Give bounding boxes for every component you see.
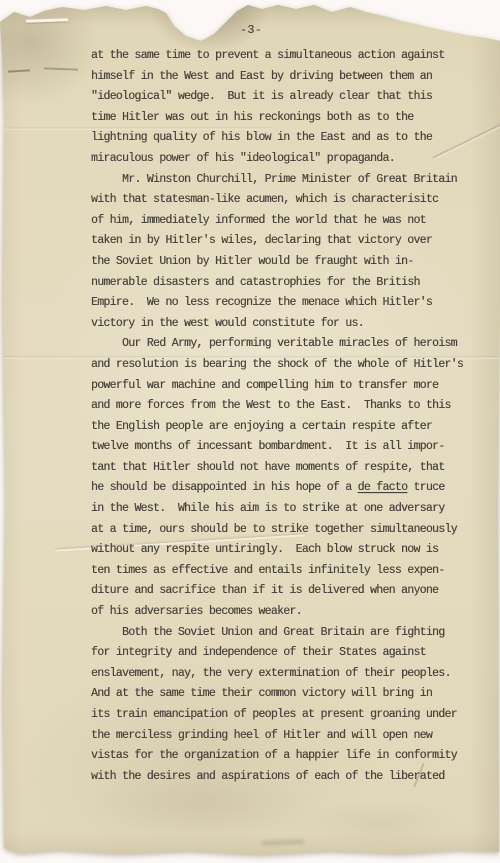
text-line: numerable disasters and catastrophies fo… <box>91 273 471 294</box>
text-line: at a time, ours should be to strike toge… <box>91 520 471 541</box>
text-line: powerful war machine and compelling him … <box>91 376 471 397</box>
text-line: with the desires and aspirations of each… <box>91 767 471 788</box>
text-line: its train emancipation of peoples at pre… <box>91 705 471 726</box>
pencil-mark <box>8 69 30 72</box>
text-line: Mr. Winston Churchill, Prime Minister of… <box>91 170 471 191</box>
torn-edge-shading <box>0 0 500 26</box>
right-edge-shading <box>470 0 500 863</box>
text-line: the merciless grinding heel of Hitler an… <box>91 726 471 747</box>
paper-shadow-wrap: -3- at the same time to prevent a simult… <box>0 0 500 863</box>
text-line: he should be disappointed in his hope of… <box>91 478 471 499</box>
text-line: ten times as effective and entails infin… <box>91 561 471 582</box>
text-line: tant that Hitler should not have moments… <box>91 458 471 479</box>
text-line: Both the Soviet Union and Great Britain … <box>91 623 471 644</box>
text-line: lightning quality of his blow in the Eas… <box>91 128 471 149</box>
text-line: and more forces from the West to the Eas… <box>91 396 471 417</box>
text-line: for integrity and independence of their … <box>91 643 471 664</box>
ink-smudge <box>262 839 304 845</box>
text-line: taken in by Hitler's wiles, declaring th… <box>91 231 471 252</box>
page-number: -3- <box>240 24 262 37</box>
text-line: the Soviet Union by Hitler would be frau… <box>91 252 471 273</box>
underlined-text: de facto <box>358 481 408 494</box>
paper-slit <box>26 18 68 22</box>
text-line: and resolution is bearing the shock of t… <box>91 355 471 376</box>
document-page: -3- at the same time to prevent a simult… <box>0 0 500 863</box>
text-line: in the West. While his aim is to strike … <box>91 499 471 520</box>
text-line: at the same time to prevent a simultaneo… <box>91 46 471 67</box>
text-line: of his adversaries becomes weaker. <box>91 602 471 623</box>
left-edge-shading <box>0 0 22 863</box>
text-segment: truce <box>407 481 444 494</box>
text-line: "ideological" wedge. But it is already c… <box>91 87 471 108</box>
text-line: diture and sacrifice than if it is deliv… <box>91 581 471 602</box>
document-body: at the same time to prevent a simultaneo… <box>91 46 471 787</box>
text-line: time Hitler was out in his reckonings bo… <box>91 108 471 129</box>
text-line: Our Red Army, performing veritable mirac… <box>91 334 471 355</box>
text-line: of him, immediately informed the world t… <box>91 211 471 232</box>
text-line: enslavement, nay, the very extermination… <box>91 664 471 685</box>
text-line: victory in the west would constitute for… <box>91 314 471 335</box>
bottom-edge-shading <box>0 833 500 855</box>
text-line: And at the same time their common victor… <box>91 684 471 705</box>
scan-background: -3- at the same time to prevent a simult… <box>0 0 500 863</box>
text-line: vistas for the organization of a happier… <box>91 746 471 767</box>
text-segment: he should be disappointed in his hope of… <box>91 481 358 494</box>
text-line: without any respite untiringly. Each blo… <box>91 540 471 561</box>
pencil-mark <box>44 67 78 70</box>
text-line: himself in the West and East by driving … <box>91 67 471 88</box>
text-line: twelve months of incessant bombardment. … <box>91 437 471 458</box>
text-line: the English people are enjoying a certai… <box>91 417 471 438</box>
text-line: miraculous power of his "ideological" pr… <box>91 149 471 170</box>
corner-shading <box>0 8 95 103</box>
text-line: with that statesman-like acumen, which i… <box>91 190 471 211</box>
paper-wrinkle <box>300 798 460 848</box>
text-line: Empire. We no less recognize the menace … <box>91 293 471 314</box>
